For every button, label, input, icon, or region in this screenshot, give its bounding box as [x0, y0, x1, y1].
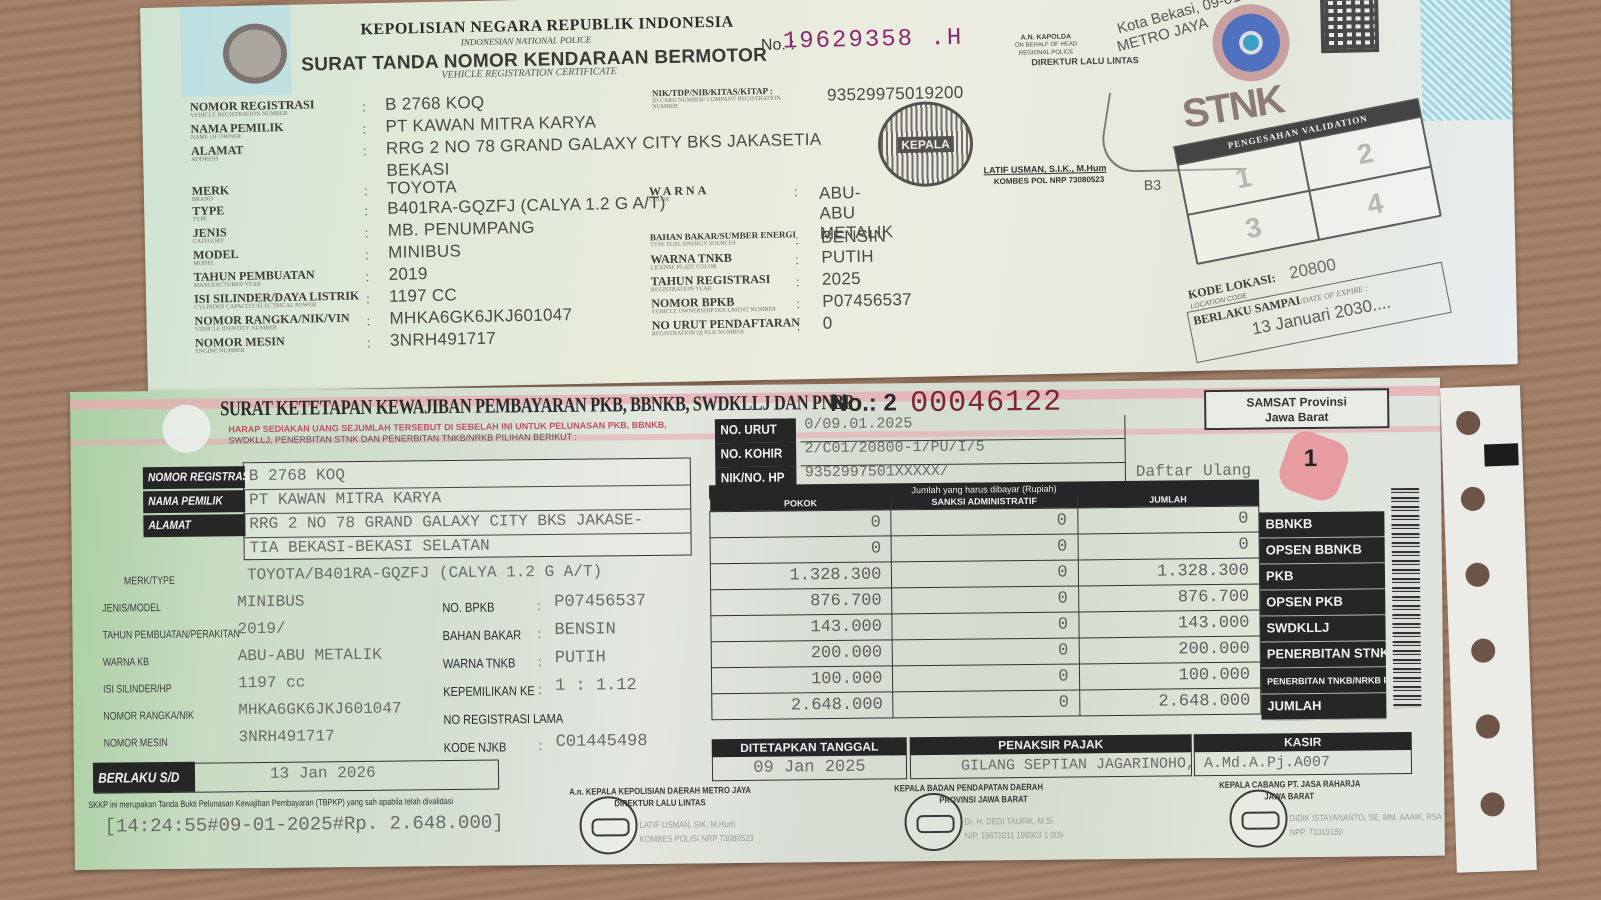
- valid-until-value: 13 Jan 2026: [270, 764, 376, 783]
- owner-value: B 2768 KOQ: [249, 466, 345, 485]
- officer-name: LATIF USMAN, S.I.K., M.Hum: [983, 163, 1106, 176]
- vehicle-label: MERK/TYPE: [124, 575, 175, 588]
- fee-pokok: 2.648.000: [712, 691, 894, 719]
- field-value: 0: [823, 314, 833, 334]
- fee-pokok: 0: [710, 509, 892, 537]
- field-label: ALAMATADDRESS: [191, 141, 371, 163]
- registration-label: KODE NJKB: [444, 739, 507, 755]
- signatory-office: PROVINSI JAWA BARAT: [939, 794, 1028, 805]
- perforation-hole: [1456, 411, 1481, 436]
- signatory-title: KEPALA BADAN PENDAPATAN DAERAH: [894, 782, 1043, 794]
- fee-jumlah: 200.000: [1079, 636, 1261, 664]
- signatory-office: JAWA BARAT: [1264, 791, 1314, 802]
- vehicle-label: NOMOR MESIN: [104, 737, 168, 750]
- registration-label: WARNA TNKB: [443, 655, 516, 671]
- fee-sanksi: 0: [893, 637, 1079, 665]
- qr-code-icon: [1320, 0, 1379, 53]
- field-label: JENISCATEGORY: [193, 223, 373, 245]
- registration-value: BENSIN: [554, 620, 615, 640]
- signatory-title: A.N. KAPOLDA ON BEHALF OF HEAD REGIONAL …: [1011, 33, 1081, 57]
- signatory-id: KOMBES POLISI NRP 73080523: [640, 833, 754, 844]
- fee-item-label: OPSEN BBNKB: [1260, 537, 1385, 564]
- owner-value: PT KAWAN MITRA KARYA: [249, 489, 441, 509]
- perforated-edge: [1440, 385, 1537, 872]
- field-label: TAHUN PEMBUATANMANUFACTURED YEAR: [194, 267, 374, 289]
- footer-field: DITETAPKAN TANGGAL09 Jan 2025: [712, 737, 907, 781]
- fee-sanksi: 0: [891, 507, 1077, 535]
- registration-status: Daftar Ulang: [1136, 462, 1251, 481]
- fee-table: POKOKSANKSI ADMINISTRATIFJUMLAH 0000001.…: [709, 492, 1261, 720]
- hologram-circle-icon: [162, 405, 211, 454]
- background-pattern: [1420, 0, 1513, 121]
- valid-until-label: BERLAKU S/D: [93, 762, 195, 793]
- area-code: B3: [1144, 177, 1161, 193]
- perforation-hole: [1480, 792, 1505, 817]
- fee-item-label: SWDKLLJ: [1260, 615, 1385, 642]
- owner-label: ALAMAT: [143, 514, 245, 537]
- fee-pokok: 1.328.300: [710, 561, 892, 589]
- fee-item-label: BBNKB: [1259, 511, 1384, 538]
- owner-label: NOMOR REGISTRASI: [143, 466, 245, 489]
- signatory-title: KEPALA CABANG PT. JASA RAHARJA: [1219, 779, 1360, 790]
- reference-value: 2/C01/20800-1/PU/I/5: [805, 438, 985, 457]
- field-value: MINIBUS: [388, 241, 461, 263]
- vehicle-label: WARNA KB: [103, 656, 149, 668]
- field-label: NOMOR RANGKA/NIK/VINVEHICLE IDENTITY NUM…: [194, 311, 374, 333]
- field-value: PT KAWAN MITRA KARYA: [385, 112, 596, 136]
- field-label: TAHUN REGISTRASIREGISTRATION YEAR: [651, 272, 801, 293]
- fee-sanksi: 0: [892, 559, 1078, 587]
- field-value: 3NRH491717: [390, 329, 496, 351]
- footer-value: 09 Jan 2025: [712, 755, 907, 781]
- fee-sanksi: 0: [893, 663, 1079, 691]
- signatory-name: DIDIK ISTAYANANTO, SE, MM, AAAIK, RSA: [1289, 812, 1442, 824]
- fee-item-label: PENERBITAN TNKB/NRKB PILIHAN: [1261, 667, 1386, 694]
- footer-value: [1194, 750, 1412, 776]
- perforation-hole: [1475, 714, 1500, 739]
- registration-label: BAHAN BAKAR: [442, 627, 521, 643]
- signatory-block: KEPALA BADAN PENDAPATAN DAERAHPROVINSI J…: [894, 780, 1195, 853]
- fee-item-label: PENERBITAN STNK: [1261, 641, 1386, 668]
- slip-number-label: No.: 2: [830, 389, 897, 418]
- registration-label: KEPEMILIKAN KE: [443, 683, 535, 699]
- fee-pokok: 0: [710, 535, 892, 563]
- barcode-icon: [1391, 488, 1421, 708]
- validity-note: SKKP ini merupakan Tanda Bukti Pelunasan…: [88, 796, 453, 810]
- id-field-value: 93529975019200: [827, 83, 964, 106]
- director-title: DIREKTUR LALU LINTAS: [1031, 55, 1139, 67]
- field-label: MODELMODEL: [193, 245, 373, 267]
- footer-field: KASIR: [1194, 732, 1412, 776]
- valid-until-box: BERLAKU S/D 13 Jan 2026: [94, 760, 499, 794]
- signatory-title: A.n. KEPALA KEPOLISIAN DAERAH METRO JAYA: [569, 785, 751, 797]
- field-value: PUTIH: [821, 247, 874, 268]
- footer-field: PENAKSIR PAJAKGILANG SEPTIAN JAGARINOHO,…: [910, 734, 1192, 779]
- sheet-number: 1: [1304, 445, 1318, 473]
- fee-item-label: JUMLAH: [1261, 693, 1386, 720]
- signatory-id: NIP. 19671011 199303 1 009: [965, 830, 1064, 841]
- field-value: MHKA6GK6JKJ601047: [389, 305, 572, 329]
- signatory-name: Dr. H. DEDI TAUFIK, M.Si: [964, 816, 1052, 827]
- field-label: NOMOR MESINENGINE NUMBER: [195, 333, 375, 355]
- fee-row: 2.648.00002.648.000: [712, 688, 1261, 720]
- fee-jumlah: 2.648.000: [1079, 688, 1261, 716]
- footer-label: KASIR: [1194, 732, 1412, 752]
- perforation-hole: [1470, 638, 1495, 663]
- vehicle-value: 2019/: [237, 620, 285, 639]
- field-value: B 2768 KOQ: [385, 93, 485, 115]
- official-stamp-icon: KEPALA: [877, 101, 974, 188]
- fee-pokok: 100.000: [711, 665, 893, 693]
- footer-value: GILANG SEPTIAN JAGARINOHO, A.Md.A.Pj.A00…: [910, 752, 1192, 779]
- vehicle-value: MHKA6GK6JKJ601047: [238, 700, 401, 720]
- fee-jumlah: 1.328.300: [1078, 558, 1260, 586]
- fee-sanksi: 0: [891, 533, 1077, 561]
- reference-label: NO. URUT: [715, 418, 796, 443]
- hologram-shield-icon: [1205, 0, 1297, 89]
- fee-jumlah: 0: [1078, 532, 1260, 560]
- signatory-name: LATIF USMAN, SIK, M.Hum: [640, 819, 736, 830]
- sensor-mark: [1484, 443, 1519, 466]
- field-label: BAHAN BAKAR/SUMBER ENERGITYPE FUEL/ENERG…: [650, 230, 800, 248]
- fee-sanksi: 0: [892, 611, 1078, 639]
- fee-item-labels: BBNKBOPSEN BBNKBPKBOPSEN PKBSWDKLLJPENER…: [1259, 511, 1386, 720]
- fee-jumlah: 143.000: [1078, 610, 1260, 638]
- fee-pokok: 876.700: [711, 587, 893, 615]
- stnk-certificate: KEPOLISIAN NEGARA REPUBLIK INDONESIA IND…: [140, 0, 1518, 393]
- vehicle-value: 3NRH491717: [239, 727, 335, 746]
- fee-jumlah: 876.700: [1078, 584, 1260, 612]
- fee-jumlah: 0: [1077, 506, 1259, 534]
- field-value: TOYOTA: [387, 177, 458, 198]
- footer-label: DITETAPKAN TANGGAL: [712, 737, 907, 757]
- agency-name-en: INDONESIAN NATIONAL POLICE: [461, 35, 592, 48]
- vehicle-label: TAHUN PEMBUATAN/PERAKITAN: [102, 628, 239, 641]
- signatory-id: NPP. 71019180: [1290, 827, 1343, 838]
- fee-pokok: 200.000: [711, 639, 893, 667]
- signatory-block: A.n. KEPALA KEPOLISIAN DAERAH METRO JAYA…: [569, 784, 870, 857]
- vehicle-label: NOMOR RANGKA/NIK: [103, 710, 194, 723]
- perforation-hole: [1460, 487, 1485, 512]
- field-value: 2019: [388, 264, 427, 285]
- fee-item-label: OPSEN PKB: [1260, 589, 1385, 616]
- field-label: ISI SILINDER/DAYA LISTRIKCYLINDER CAPACI…: [194, 289, 374, 311]
- document-title-en: VEHICLE REGISTRATION CERTIFICATE: [441, 66, 617, 81]
- officer-rank: KOMBES POL NRP 73080523: [994, 175, 1105, 186]
- reference-value: 0/09.01.2025: [804, 415, 912, 433]
- vehicle-label: ISI SILINDER/HP: [103, 683, 172, 696]
- fee-pokok: 143.000: [711, 613, 893, 641]
- payment-validation: [14:24:55#09-01-2025#Rp. 2.648.000]: [104, 811, 503, 837]
- field-value: 1197 CC: [389, 285, 457, 306]
- vehicle-value: MINIBUS: [237, 593, 304, 612]
- field-label: NOMOR REGISTRASIVEHICLE REGISTRATION NUM…: [190, 97, 370, 119]
- fee-jumlah: 100.000: [1079, 662, 1261, 690]
- field-value: MB. PENUMPANG: [388, 218, 536, 241]
- registration-value: C01445498: [556, 732, 648, 752]
- fee-item-label: PKB: [1260, 563, 1385, 590]
- field-label: WARNA TNKBLICENSE PLATE COLOR: [650, 250, 800, 271]
- owner-label: NAMA PEMILIK: [143, 490, 245, 513]
- reference-label: NO. KOHIR: [715, 442, 796, 467]
- registration-label: NO. BPKB: [442, 600, 494, 616]
- tax-assessment-slip: SURAT KETETAPAN KEWAJIBAN PEMBAYARAN PKB…: [70, 378, 1445, 870]
- signatory-office: DIREKTUR LALU LINTAS: [614, 797, 705, 808]
- field-value: 2025: [822, 269, 861, 290]
- field-label: NO URUT PENDAFTARANREGISTRATION QUEUE NU…: [652, 316, 802, 337]
- perforation-hole: [1465, 562, 1490, 587]
- fee-sanksi: 0: [893, 689, 1079, 717]
- fee-sanksi: 0: [892, 585, 1078, 613]
- field-value: P07456537: [822, 290, 912, 312]
- samsat-label: SAMSAT Provinsi Jawa Barat: [1204, 388, 1389, 430]
- registration-label: NO REGISTRASI LAMA: [443, 711, 563, 727]
- registration-value: PUTIH: [555, 648, 606, 668]
- vehicle-value: TOYOTA/B401RA-GQZFJ (CALYA 1.2 G A/T): [247, 562, 602, 584]
- vehicle-label: JENIS/MODEL: [102, 602, 161, 615]
- vehicle-value: ABU-ABU METALIK: [238, 646, 382, 666]
- reference-value: 9352997501XXXXX/: [805, 463, 949, 482]
- field-label: NAMA PEMILIKNAME OF OWNER: [190, 119, 370, 141]
- vehicle-value: 1197 cc: [238, 674, 305, 693]
- serial-number: 19629358 .H: [783, 25, 964, 56]
- registration-value: P07456537: [554, 592, 646, 612]
- registration-value: 1 : 1.12: [555, 676, 637, 696]
- owner-value: TIA BEKASI-BEKASI SELATAN: [250, 537, 490, 558]
- color-field-value: ABU-ABU METALIK: [819, 182, 894, 244]
- field-label: MERKBRAND: [192, 181, 372, 203]
- field-label: TYPETYPE: [192, 201, 372, 223]
- slip-title: SURAT KETETAPAN KEWAJIBAN PEMBAYARAN PKB…: [220, 390, 853, 422]
- field-label: NOMOR BPKBVEHICLE OWNERSHIP DOCUMENT NUM…: [651, 294, 801, 315]
